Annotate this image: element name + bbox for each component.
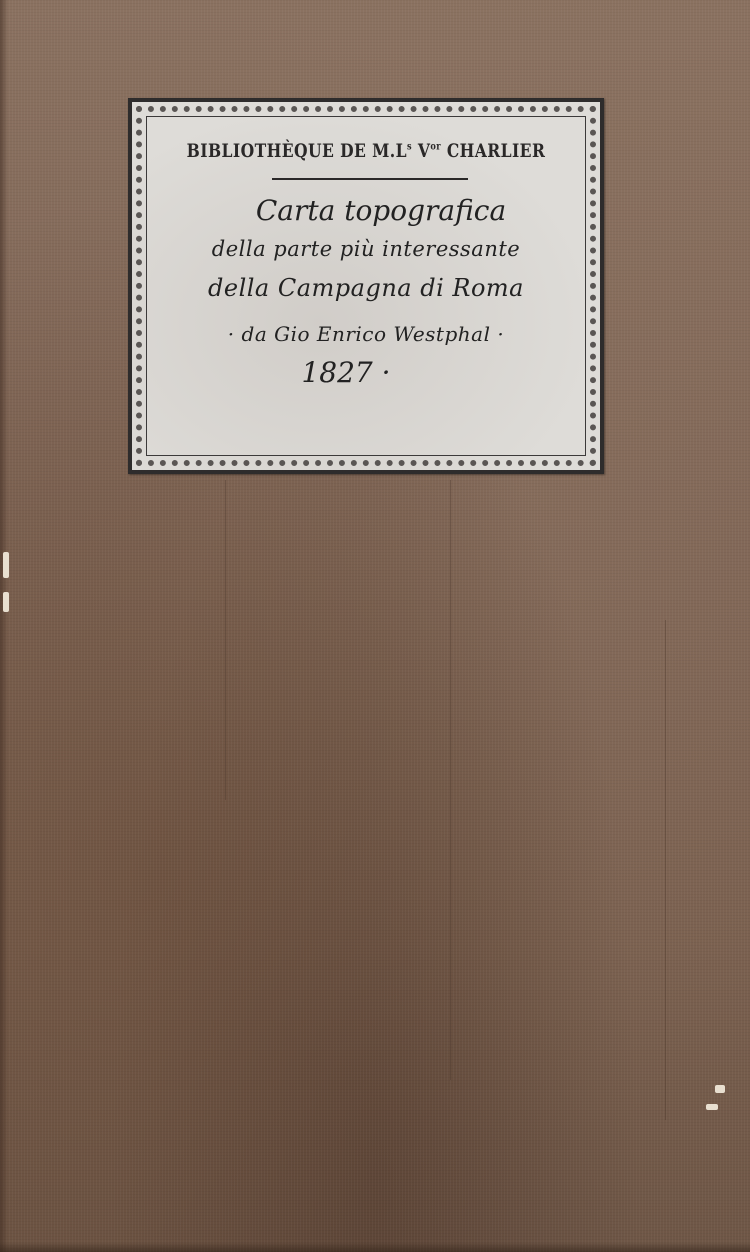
cloth-crease — [665, 620, 666, 1120]
title-line-2: della parte più interessante — [132, 237, 600, 261]
title-line-1: Carta topografica — [132, 194, 600, 227]
book-cover: BIBLIOTHÈQUE DE M.Ls Vor CHARLIER Carta … — [0, 0, 750, 1252]
wear-spot — [3, 552, 9, 578]
label-paper: BIBLIOTHÈQUE DE M.Ls Vor CHARLIER Carta … — [132, 102, 600, 470]
wear-spot — [3, 592, 9, 612]
bookplate-label: BIBLIOTHÈQUE DE M.Ls Vor CHARLIER Carta … — [128, 98, 604, 474]
cover-left-edge — [0, 0, 8, 1252]
author-line: · da Gio Enrico Westphal · — [132, 322, 600, 346]
cloth-crease — [225, 480, 226, 800]
heading-rule — [272, 178, 468, 180]
wear-spot — [706, 1104, 718, 1110]
cover-bottom-edge — [0, 1242, 750, 1252]
library-heading: BIBLIOTHÈQUE DE M.Ls Vor CHARLIER — [174, 140, 558, 162]
cloth-crease — [450, 480, 451, 1080]
wear-spot — [715, 1085, 725, 1093]
title-line-3: della Campagna di Roma — [132, 274, 600, 302]
year-line: 1827 · — [132, 356, 600, 389]
